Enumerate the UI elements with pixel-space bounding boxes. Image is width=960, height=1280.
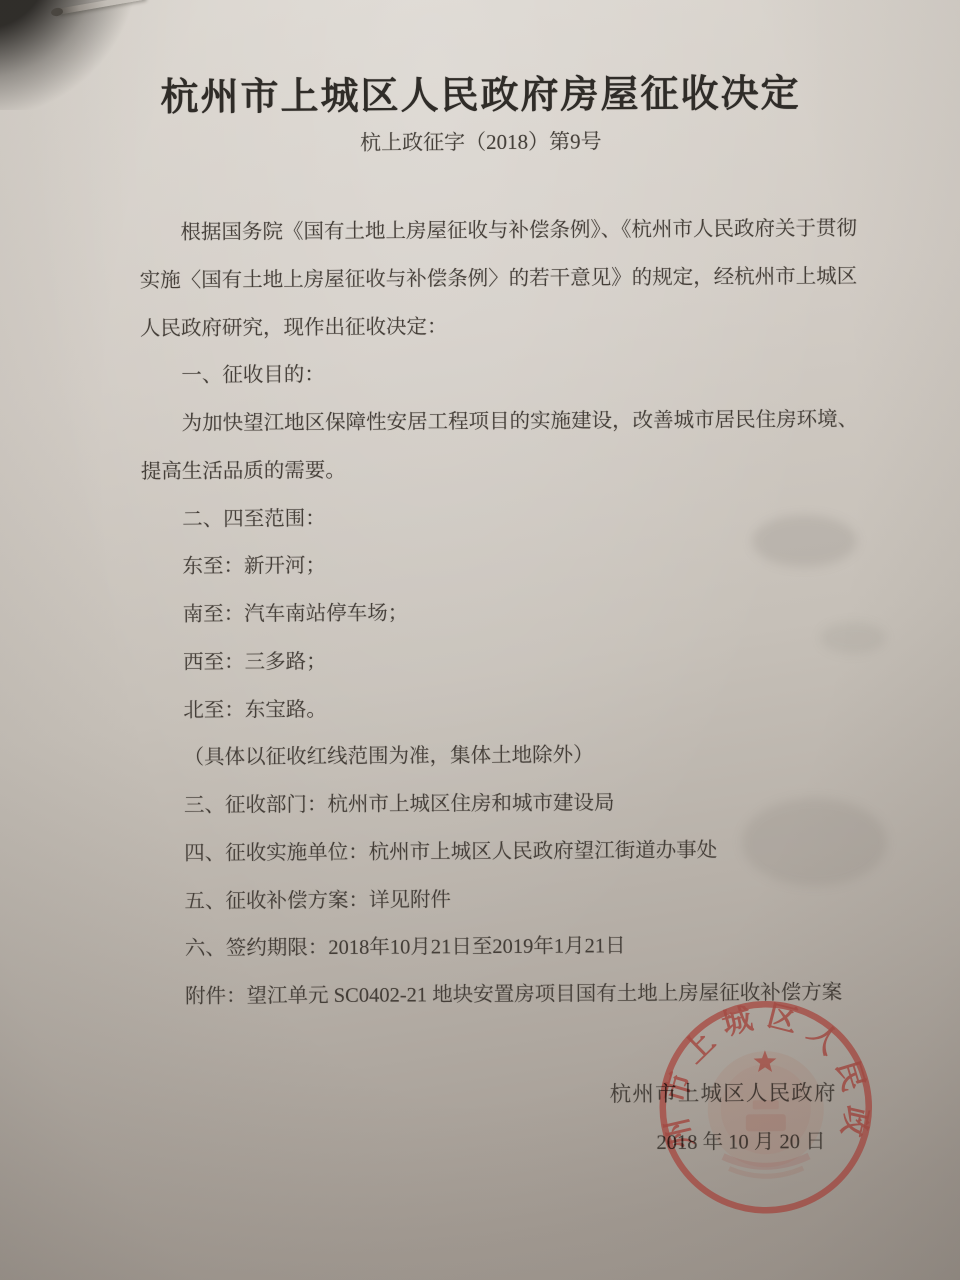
- doc-line: 为加快望江地区保障性安居工程项目的实施建设，改善城市居民住房环境、: [140, 397, 864, 449]
- doc-line: 六、签约期限：2018年10月21日至2019年1月21日: [144, 922, 868, 974]
- doc-line: 南至：汽车南站停车场；: [142, 588, 866, 640]
- doc-line: 北至：东宝路。: [142, 683, 866, 735]
- document-photo: 杭州市上城区人民政府房屋征收决定 杭上政征字（2018）第9号 根据国务院《国有…: [0, 0, 960, 1280]
- doc-line: 人民政府研究，现作出征收决定：: [140, 301, 864, 353]
- doc-line: 一、征收目的：: [140, 349, 864, 401]
- document-number: 杭上政征字（2018）第9号: [1, 123, 960, 159]
- document-title: 杭州市上城区人民政府房屋征收决定: [0, 61, 960, 122]
- doc-line: 实施〈国有土地上房屋征收与补偿条例〉的若干意见》的规定，经杭州市上城区: [140, 253, 864, 305]
- doc-line: 四、征收实施单位：杭州市上城区人民政府望江街道办事处: [143, 826, 867, 878]
- doc-line: 提高生活品质的需要。: [141, 444, 865, 496]
- official-seal: 杭州市上城区人民政府: [654, 996, 877, 1219]
- doc-line: 东至：新开河；: [141, 540, 865, 592]
- doc-line: （具体以征收红线范围为准，集体土地除外）: [142, 731, 866, 783]
- doc-line: 西至：三多路；: [142, 635, 866, 687]
- document-body: 根据国务院《国有土地上房屋征收与补偿条例》、《杭州市人民政府关于贯彻 实施〈国有…: [139, 206, 868, 1022]
- document-page: 杭州市上城区人民政府房屋征收决定 杭上政征字（2018）第9号 根据国务院《国有…: [0, 0, 960, 1280]
- doc-line: 根据国务院《国有土地上房屋征收与补偿条例》、《杭州市人民政府关于贯彻: [139, 206, 863, 258]
- doc-line: 五、征收补偿方案：详见附件: [143, 874, 867, 926]
- doc-line: 三、征收部门：杭州市上城区住房和城市建设局: [143, 779, 867, 831]
- doc-line: 二、四至范围：: [141, 492, 865, 544]
- national-emblem-impression: [707, 1051, 824, 1177]
